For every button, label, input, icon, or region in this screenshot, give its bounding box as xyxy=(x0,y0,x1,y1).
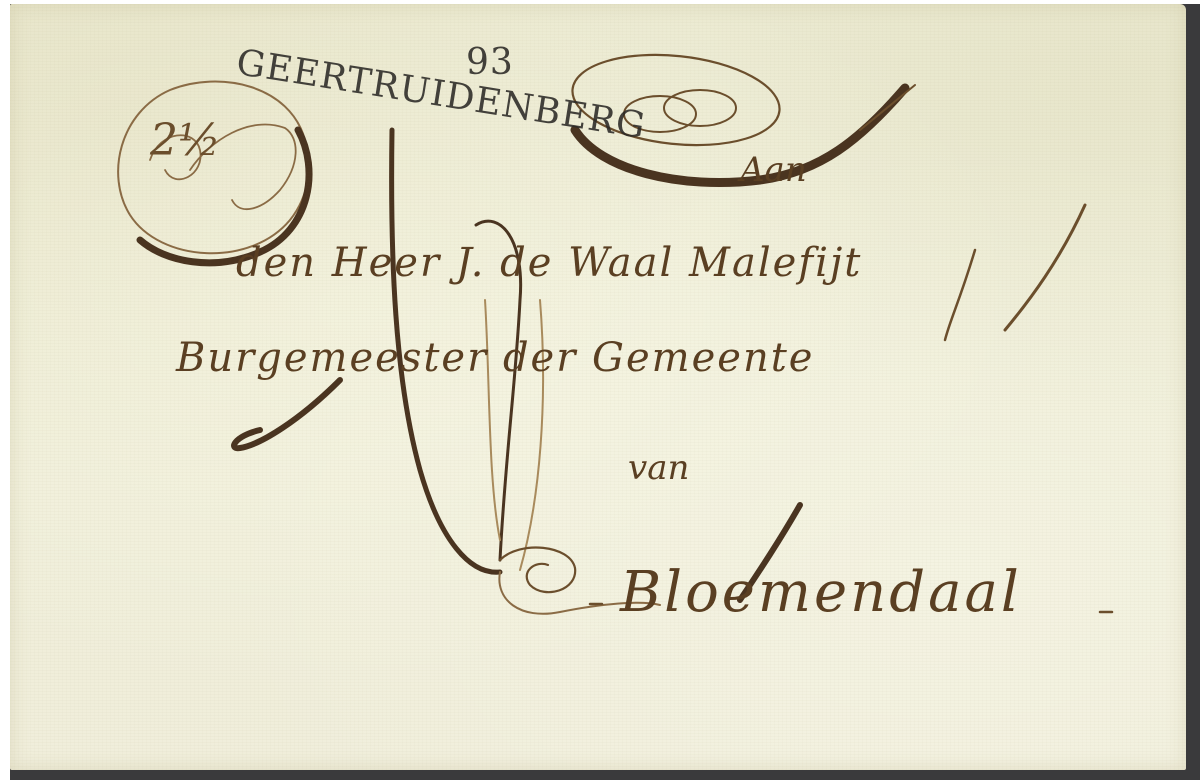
address-recipient: den Heer J. de Waal Malefijt xyxy=(236,240,862,286)
descender-flourish xyxy=(234,380,340,448)
address-salutation: Aan xyxy=(740,150,807,190)
postmark-number: 93 xyxy=(466,42,514,83)
address-place: Bloemendaal xyxy=(620,560,1022,625)
rate-mark-oval xyxy=(118,82,309,263)
rate-marking: 2½ xyxy=(150,115,221,166)
address-preposition: van xyxy=(628,448,689,488)
scan-frame: 93 GEERTRUIDENBERG 2½ Aan den Heer J. de… xyxy=(0,0,1200,784)
address-title: Burgemeester der Gemeente xyxy=(176,335,814,381)
